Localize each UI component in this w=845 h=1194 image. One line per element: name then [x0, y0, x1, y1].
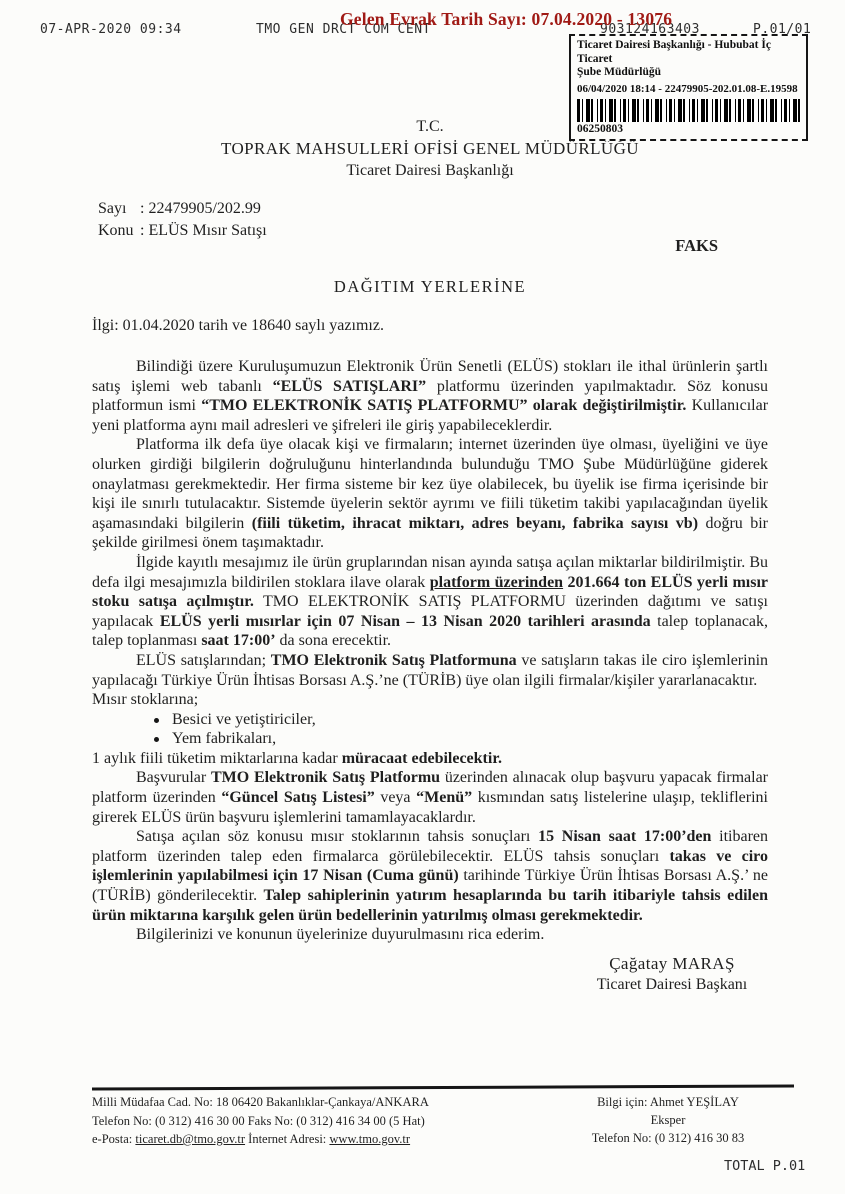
footer-divider [92, 1084, 794, 1090]
letter-footer: Milli Müdafaa Cad. No: 18 06420 Bakanlık… [92, 1086, 794, 1149]
fax-total-line: TOTAL P.01 [724, 1158, 805, 1174]
sayi-row: Sayı: 22479905/202.99 [98, 198, 768, 220]
stock-list-outro: 1 aylık fiili tüketim miktarlarına kadar… [92, 749, 768, 769]
footer-email-web: e-Posta: ticaret.db@tmo.gov.tr İnternet … [92, 1130, 512, 1149]
sayi-value: : 22479905/202.99 [140, 200, 261, 217]
stamp-date-docnumber: 06/04/2020 18:14 - 22479905-202.01.08-E.… [577, 82, 801, 97]
paragraph-6: Satışa açılan söz konusu mısır stokların… [92, 827, 768, 925]
footer-address: Milli Müdafaa Cad. No: 18 06420 Bakanlık… [92, 1093, 512, 1112]
fax-document-page: 07-APR-2020 09:34 TMO GEN DRCT COM CENT … [0, 0, 845, 1194]
routing-stamp-box: Ticaret Dairesi Başkanlığı - Hububat İç … [569, 34, 808, 141]
signature-block: Çağatay MARAŞ Ticaret Dairesi Başkanı [554, 953, 790, 995]
list-item-text: Besici ve yetiştiriciler, [172, 710, 316, 730]
konu-label: Konu [98, 220, 140, 242]
letterhead-organization: TOPRAK MAHSULLERİ OFİSİ GENEL MÜDÜRLÜĞÜ [92, 138, 768, 160]
stamp-department-line2: Şube Müdürlüğü [577, 66, 801, 80]
stamp-department-line1: Ticaret Dairesi Başkanlığı - Hububat İç … [577, 39, 801, 66]
footer-contact-name: Bilgi için: Ahmet YEŞİLAY [542, 1093, 794, 1111]
list-item: Besici ve yetiştiriciler, [92, 710, 768, 730]
letter-content: T.C. TOPRAK MAHSULLERİ OFİSİ GENEL MÜDÜR… [92, 0, 768, 995]
paragraph-1: Bilindiği üzere Kuruluşumuzun Elektronik… [92, 357, 768, 435]
incoming-document-red-stamp: Gelen Evrak Tarih Sayı: 07.04.2020 - 130… [340, 9, 672, 30]
sayi-label: Sayı [98, 198, 140, 220]
paragraph-5: Başvurular TMO Elektronik Satış Platform… [92, 768, 768, 827]
signatory-name: Çağatay MARAŞ [554, 953, 790, 974]
konu-value: : ELÜS Mısır Satışı [140, 222, 267, 239]
barcode-image [577, 99, 801, 122]
reference-line: İlgi: 01.04.2020 tarih ve 18640 saylı ya… [92, 315, 768, 337]
paragraph-3: İlgide kayıtlı mesajımız ile ürün grupla… [92, 553, 768, 651]
footer-left-column: Milli Müdafaa Cad. No: 18 06420 Bakanlık… [92, 1093, 512, 1149]
closing-line: Bilgilerinizi ve konunun üyelerinize duy… [92, 925, 768, 945]
letterhead-department: Ticaret Dairesi Başkanlığı [92, 160, 768, 182]
footer-columns: Milli Müdafaa Cad. No: 18 06420 Bakanlık… [92, 1093, 794, 1149]
letter-body: Bilindiği üzere Kuruluşumuzun Elektronik… [92, 357, 768, 945]
stock-list-intro: Mısır stoklarına; [92, 690, 768, 710]
footer-contact-title: Eksper [542, 1111, 794, 1129]
stamp-barcode-number: 06250803 [577, 123, 801, 136]
bullet-icon [154, 737, 159, 742]
footer-phones: Telefon No: (0 312) 416 30 00 Faks No: (… [92, 1112, 512, 1131]
signatory-title: Ticaret Dairesi Başkanı [554, 974, 790, 995]
list-item: Yem fabrikaları, [92, 729, 768, 749]
footer-right-column: Bilgi için: Ahmet YEŞİLAY Eksper Telefon… [512, 1093, 794, 1149]
paragraph-4: ELÜS satışlarından; TMO Elektronik Satış… [92, 651, 768, 690]
bullet-icon [154, 718, 159, 723]
paragraph-2: Platforma ilk defa üye olacak kişi ve fi… [92, 435, 768, 553]
recipient-line: DAĞITIM YERLERİNE [92, 276, 768, 297]
list-item-text: Yem fabrikaları, [172, 729, 276, 749]
footer-contact-phone: Telefon No: (0 312) 416 30 83 [542, 1129, 794, 1147]
